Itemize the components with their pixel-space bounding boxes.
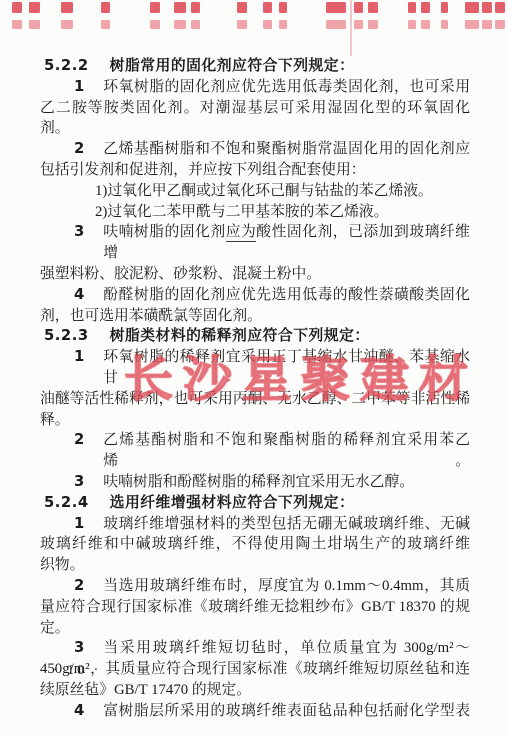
stamp-fragment-icon	[12, 20, 22, 29]
stamp-fragment-icon	[495, 20, 505, 29]
item-text: 玻璃纤维增强材料的类型包括无硼无碱玻璃纤维、无碱	[103, 514, 470, 535]
list-item: 1 环氧树脂的固化剂应优先选用低毒类固化剂，也可采用	[40, 77, 470, 98]
stamp-fragment-icon	[263, 20, 272, 29]
list-item: 3 呋喃树脂和酚醛树脂的稀释剂宜采用无水乙醇。	[40, 472, 470, 493]
stamp-fragment-icon	[465, 20, 479, 29]
section-title: 选用纤维增强材料应符合下列规定：	[110, 493, 355, 514]
stamp-fragment-icon	[421, 20, 430, 29]
item-number: 2	[40, 430, 84, 472]
stamp-fragment-icon	[150, 2, 160, 13]
stamp-fragment-icon	[101, 2, 110, 13]
item-text-pre: 呋喃树脂的固化剂	[103, 224, 225, 240]
item-text: 环氧树脂的固化剂应优先选用低毒类固化剂，也可采用	[103, 77, 470, 98]
stamp-fragment-icon	[354, 2, 363, 13]
item-number: 1	[40, 514, 84, 535]
scanned-document-page: 长沙星聚建材 5.2.2 树脂常用的固化剂应符合下列规定： 1 环氧树脂的固化剂…	[0, 0, 508, 735]
stamp-fragment-icon	[441, 2, 448, 13]
text-line: 450g/m²，其质量应符合现行国家标准《玻璃纤维短切原丝毡和连	[40, 659, 470, 680]
item-text: 富树脂层所采用的玻璃纤维表面毡品种包括耐化学型表	[103, 701, 470, 722]
stamp-fragment-icon	[174, 20, 186, 29]
stamp-fragment-icon	[495, 2, 505, 13]
list-item: 2 当选用玻璃纤维布时，厚度宜为 0.1mm～0.4mm，其质	[40, 576, 470, 597]
stamp-fragment-icon	[421, 2, 430, 13]
stamp-fragment-icon	[263, 2, 272, 13]
stamp-fragment-icon	[279, 20, 287, 29]
item-text: 呋喃树脂和酚醛树脂的稀释剂宜采用无水乙醇。	[103, 472, 470, 493]
stamp-fragment-icon	[482, 20, 492, 29]
section-title: 树脂类材料的稀释剂应符合下列规定：	[110, 326, 370, 347]
stamp-fragment-icon	[61, 2, 73, 13]
item-text: 环氧树脂的稀释剂宜采用正丁基缩水甘油醚、苯基缩水甘	[103, 347, 470, 389]
stamp-fragment-icon	[29, 2, 40, 13]
stamp-fragment-icon	[101, 20, 110, 29]
text-line: 释。	[40, 410, 470, 431]
document-body: 5.2.2 树脂常用的固化剂应符合下列规定： 1 环氧树脂的固化剂应优先选用低毒…	[40, 56, 470, 722]
list-item: 2 乙烯基酯树脂和不饱和聚酯树脂常温固化用的固化剂应	[40, 139, 470, 160]
stamp-fragment-icon	[408, 20, 416, 29]
stamp-fragment-icon	[326, 2, 346, 13]
list-item: 4 富树脂层所采用的玻璃纤维表面毡品种包括耐化学型表	[40, 701, 470, 722]
stamp-border-line	[350, 0, 352, 56]
item-number: 1	[40, 347, 84, 389]
underlined-term: 应为	[226, 224, 257, 242]
text-line: 续原丝毡》GB/T 17470 的规定。	[40, 680, 470, 701]
list-item: 3 当采用玻璃纤维短切毡时，单位质量宜为 300g/m²～	[40, 638, 470, 659]
item-text: 酚醛树脂的固化剂应优先选用低毒的酸性萘磺酸类固化	[103, 285, 470, 306]
text-line: 剂，也可选用苯磺酰氯等固化剂。	[40, 306, 470, 327]
stamp-fragment-icon	[237, 2, 247, 13]
text-line: 包括引发剂和促进剂，并应按下列组合配套使用：	[40, 160, 470, 181]
item-text: 呋喃树脂的固化剂应为酸性固化剂，已添加到玻璃纤维增	[103, 222, 470, 264]
sub-item: 2)过氧化二苯甲酰与二甲基苯胺的苯乙烯液。	[40, 202, 470, 223]
stamp-fragment-icon	[29, 20, 40, 29]
list-item: 4 酚醛树脂的固化剂应优先选用低毒的酸性萘磺酸类固化	[40, 285, 470, 306]
stamp-fragment-icon	[237, 20, 247, 29]
item-number: 3	[40, 222, 84, 264]
section-heading: 5.2.2 树脂常用的固化剂应符合下列规定：	[40, 56, 470, 77]
top-stamp-watermark	[0, 0, 508, 60]
stamp-fragment-icon	[326, 20, 346, 29]
stamp-fragment-icon	[368, 20, 378, 29]
item-number: 4	[40, 701, 84, 722]
text-line: 剂。	[40, 118, 470, 139]
text-line: 玻璃纤维和中碱玻璃纤维，不得使用陶土坩埚生产的玻璃纤维	[40, 534, 470, 555]
item-number: 2	[40, 576, 84, 597]
text-line: 强塑料粉、胶泥粉、砂浆粉、混凝土粉中。	[40, 264, 470, 285]
text-line: 织物。	[40, 555, 470, 576]
stamp-fragment-icon	[465, 2, 479, 13]
page-number: · 10 ·	[53, 663, 101, 679]
list-item: 1 环氧树脂的稀释剂宜采用正丁基缩水甘油醚、苯基缩水甘	[40, 347, 470, 389]
section-number: 5.2.2	[40, 56, 89, 77]
text-line: 乙二胺等胺类固化剂。对潮湿基层可采用湿固化型的环氧固化	[40, 98, 470, 119]
section-number: 5.2.4	[40, 493, 89, 514]
stamp-fragment-icon	[279, 2, 287, 13]
item-number: 3	[40, 638, 84, 659]
text-line: 量应符合现行国家标准《玻璃纤维无捻粗纱布》GB/T 18370 的规	[40, 597, 470, 618]
stamp-fragment-icon	[174, 2, 186, 13]
stamp-fragment-icon	[61, 20, 73, 29]
stamp-fragment-icon	[368, 2, 378, 13]
list-item: 1 玻璃纤维增强材料的类型包括无硼无碱玻璃纤维、无碱	[40, 514, 470, 535]
text-line: 油醚等活性稀释剂，也可采用丙酮、无水乙醇、二甲苯等非活性稀	[40, 389, 470, 410]
item-text: 乙烯基酯树脂和不饱和聚酯树脂的稀释剂宜采用苯乙烯。	[103, 430, 470, 472]
list-item: 2 乙烯基酯树脂和不饱和聚酯树脂的稀释剂宜采用苯乙烯。	[40, 430, 470, 472]
list-item: 3 呋喃树脂的固化剂应为酸性固化剂，已添加到玻璃纤维增	[40, 222, 470, 264]
stamp-fragment-icon	[354, 20, 363, 29]
stamp-fragment-icon	[441, 20, 448, 29]
section-number: 5.2.3	[40, 326, 89, 347]
sub-item: 1)过氧化甲乙酮或过氧化环己酮与钴盐的苯乙烯液。	[40, 181, 470, 202]
stamp-fragment-icon	[191, 20, 200, 29]
stamp-fragment-icon	[12, 2, 22, 13]
section-heading: 5.2.4 选用纤维增强材料应符合下列规定：	[40, 493, 470, 514]
item-number: 4	[40, 285, 84, 306]
section-title: 树脂常用的固化剂应符合下列规定：	[110, 56, 355, 77]
stamp-fragment-icon	[191, 2, 200, 13]
stamp-fragment-icon	[150, 20, 160, 29]
text-line: 定。	[40, 618, 470, 639]
item-text: 乙烯基酯树脂和不饱和聚酯树脂常温固化用的固化剂应	[103, 139, 470, 160]
item-number: 1	[40, 77, 84, 98]
stamp-fragment-icon	[482, 2, 492, 13]
section-heading: 5.2.3 树脂类材料的稀释剂应符合下列规定：	[40, 326, 470, 347]
stamp-fragment-icon	[408, 2, 416, 13]
item-number: 3	[40, 472, 84, 493]
item-text: 当采用玻璃纤维短切毡时，单位质量宜为 300g/m²～	[103, 638, 470, 659]
item-number: 2	[40, 139, 84, 160]
item-text: 当选用玻璃纤维布时，厚度宜为 0.1mm～0.4mm，其质	[103, 576, 470, 597]
